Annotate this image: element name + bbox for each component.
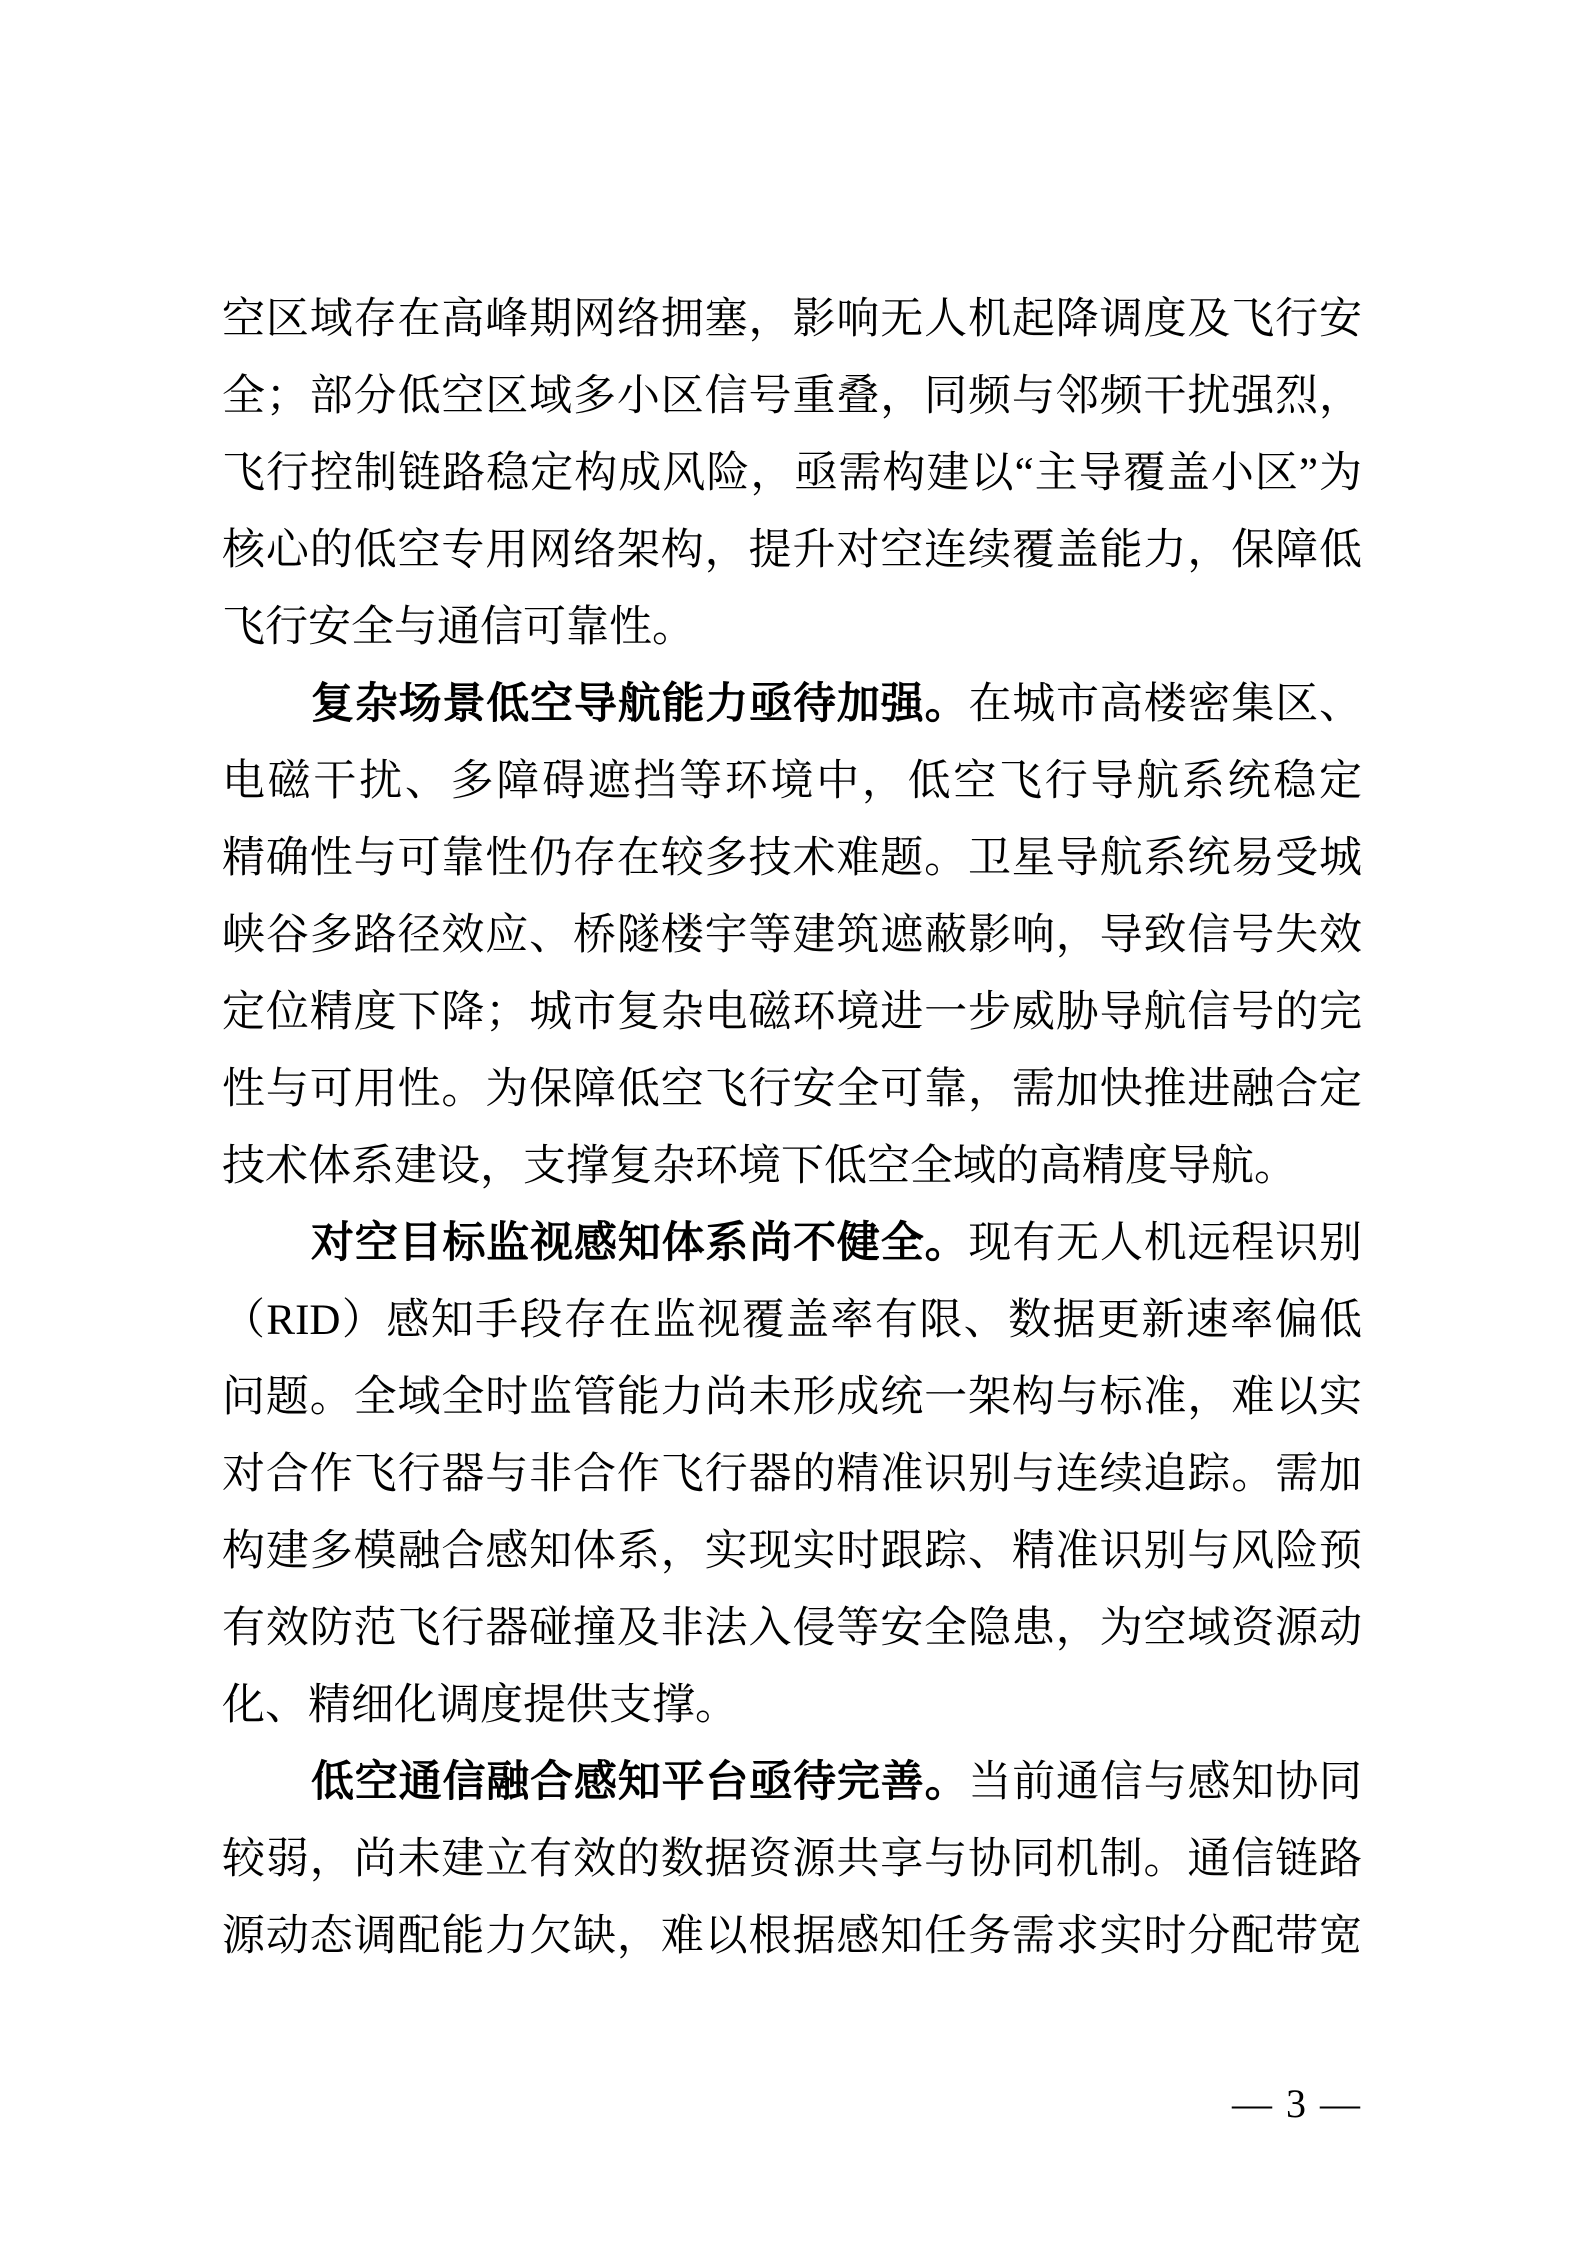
- text-line-content: 源动态调配能力欠缺，难以根据感知任务需求实时分配带宽以: [222, 1913, 1362, 1975]
- text-line-content: 全；部分低空区域多小区信号重叠，同频与邻频干扰强烈，对: [222, 373, 1362, 435]
- text-line: 有效防范飞行器碰撞及非法入侵等安全隐患，为空域资源动态: [222, 1590, 1362, 1667]
- page-number: — 3 —: [1232, 2081, 1362, 2126]
- text-line-content: （RID）感知手段存在监视覆盖率有限、数据更新速率偏低等: [222, 1297, 1362, 1359]
- text-line: 问题。全域全时监管能力尚未形成统一架构与标准，难以实现: [222, 1359, 1362, 1436]
- text-line: 对空目标监视感知体系尚不健全。现有无人机远程识别: [222, 1205, 1362, 1282]
- text-line-content: 技术体系建设，支撑复杂环境下低空全域的高精度导航。: [222, 1143, 1297, 1190]
- text-line: 较弱，尚未建立有效的数据资源共享与协同机制。通信链路资: [222, 1821, 1362, 1898]
- paragraph-lead-bold: 低空通信融合感知平台亟待完善。: [311, 1758, 968, 1806]
- text-line: 对合作飞行器与非合作飞行器的精准识别与连续追踪。需加快: [222, 1436, 1362, 1513]
- document-body: 空区域存在高峰期网络拥塞，影响无人机起降调度及飞行安 全；部分低空区域多小区信号…: [222, 281, 1362, 1975]
- text-line: 全；部分低空区域多小区信号重叠，同频与邻频干扰强烈，对: [222, 358, 1362, 435]
- text-line: 飞行安全与通信可靠性。: [222, 589, 1362, 666]
- text-line-content: 飞行控制链路稳定构成风险，亟需构建以“主导覆盖小区”为: [222, 450, 1362, 497]
- text-line: 空区域存在高峰期网络拥塞，影响无人机起降调度及飞行安: [222, 281, 1362, 358]
- page-footer: — 3 —: [1232, 2082, 1362, 2126]
- text-line-content: 精确性与可靠性仍存在较多技术难题。卫星导航系统易受城市: [222, 835, 1362, 897]
- paragraph-lead-bold: 复杂场景低空导航能力亟待加强。: [311, 680, 968, 728]
- text-line-content: 有效防范飞行器碰撞及非法入侵等安全隐患，为空域资源动态: [222, 1605, 1362, 1667]
- text-line-content: 核心的低空专用网络架构，提升对空连续覆盖能力，保障低空: [222, 527, 1362, 589]
- text-line: 性与可用性。为保障低空飞行安全可靠，需加快推进融合定位: [222, 1051, 1362, 1128]
- text-line: 定位精度下降；城市复杂电磁环境进一步威胁导航信号的完整: [222, 974, 1362, 1051]
- paragraph-lead-bold: 对空目标监视感知体系尚不健全。: [311, 1219, 968, 1267]
- text-line-content: 飞行安全与通信可靠性。: [222, 604, 695, 651]
- text-line: 低空通信融合感知平台亟待完善。当前通信与感知协同性: [222, 1744, 1362, 1821]
- text-line-content: 峡谷多路径效应、桥隧楼宇等建筑遮蔽影响，导致信号失效或: [222, 912, 1362, 974]
- text-line: 技术体系建设，支撑复杂环境下低空全域的高精度导航。: [222, 1128, 1362, 1205]
- text-line-content: 化、精细化调度提供支撑。: [222, 1682, 738, 1729]
- text-line: 精确性与可靠性仍存在较多技术难题。卫星导航系统易受城市: [222, 820, 1362, 897]
- text-line: 核心的低空专用网络架构，提升对空连续覆盖能力，保障低空: [222, 512, 1362, 589]
- text-line: 飞行控制链路稳定构成风险，亟需构建以“主导覆盖小区”为: [222, 435, 1362, 512]
- text-line: （RID）感知手段存在监视覆盖率有限、数据更新速率偏低等: [222, 1282, 1362, 1359]
- text-line-content: 现有无人机远程识别: [968, 1220, 1362, 1267]
- text-line-content: 问题。全域全时监管能力尚未形成统一架构与标准，难以实现: [222, 1374, 1362, 1436]
- text-line-content: 构建多模融合感知体系，实现实时跟踪、精准识别与风险预警，: [222, 1528, 1362, 1590]
- text-line-content: 定位精度下降；城市复杂电磁环境进一步威胁导航信号的完整: [222, 989, 1362, 1051]
- document-page: 空区域存在高峰期网络拥塞，影响无人机起降调度及飞行安 全；部分低空区域多小区信号…: [0, 0, 1587, 2245]
- text-line: 电磁干扰、多障碍遮挡等环境中，低空飞行导航系统稳定性、: [222, 743, 1362, 820]
- text-line-content: 较弱，尚未建立有效的数据资源共享与协同机制。通信链路资: [222, 1836, 1362, 1898]
- text-line: 峡谷多路径效应、桥隧楼宇等建筑遮蔽影响，导致信号失效或: [222, 897, 1362, 974]
- text-line: 构建多模融合感知体系，实现实时跟踪、精准识别与风险预警，: [222, 1513, 1362, 1590]
- text-line: 化、精细化调度提供支撑。: [222, 1667, 1362, 1744]
- text-line-content: 空区域存在高峰期网络拥塞，影响无人机起降调度及飞行安: [222, 296, 1362, 343]
- text-line: 复杂场景低空导航能力亟待加强。在城市高楼密集区、强: [222, 666, 1362, 743]
- text-line: 源动态调配能力欠缺，难以根据感知任务需求实时分配带宽以: [222, 1898, 1362, 1975]
- text-line-content: 对合作飞行器与非合作飞行器的精准识别与连续追踪。需加快: [222, 1451, 1362, 1513]
- text-line-content: 电磁干扰、多障碍遮挡等环境中，低空飞行导航系统稳定性、: [222, 758, 1362, 820]
- text-line-content: 性与可用性。为保障低空飞行安全可靠，需加快推进融合定位: [222, 1066, 1362, 1128]
